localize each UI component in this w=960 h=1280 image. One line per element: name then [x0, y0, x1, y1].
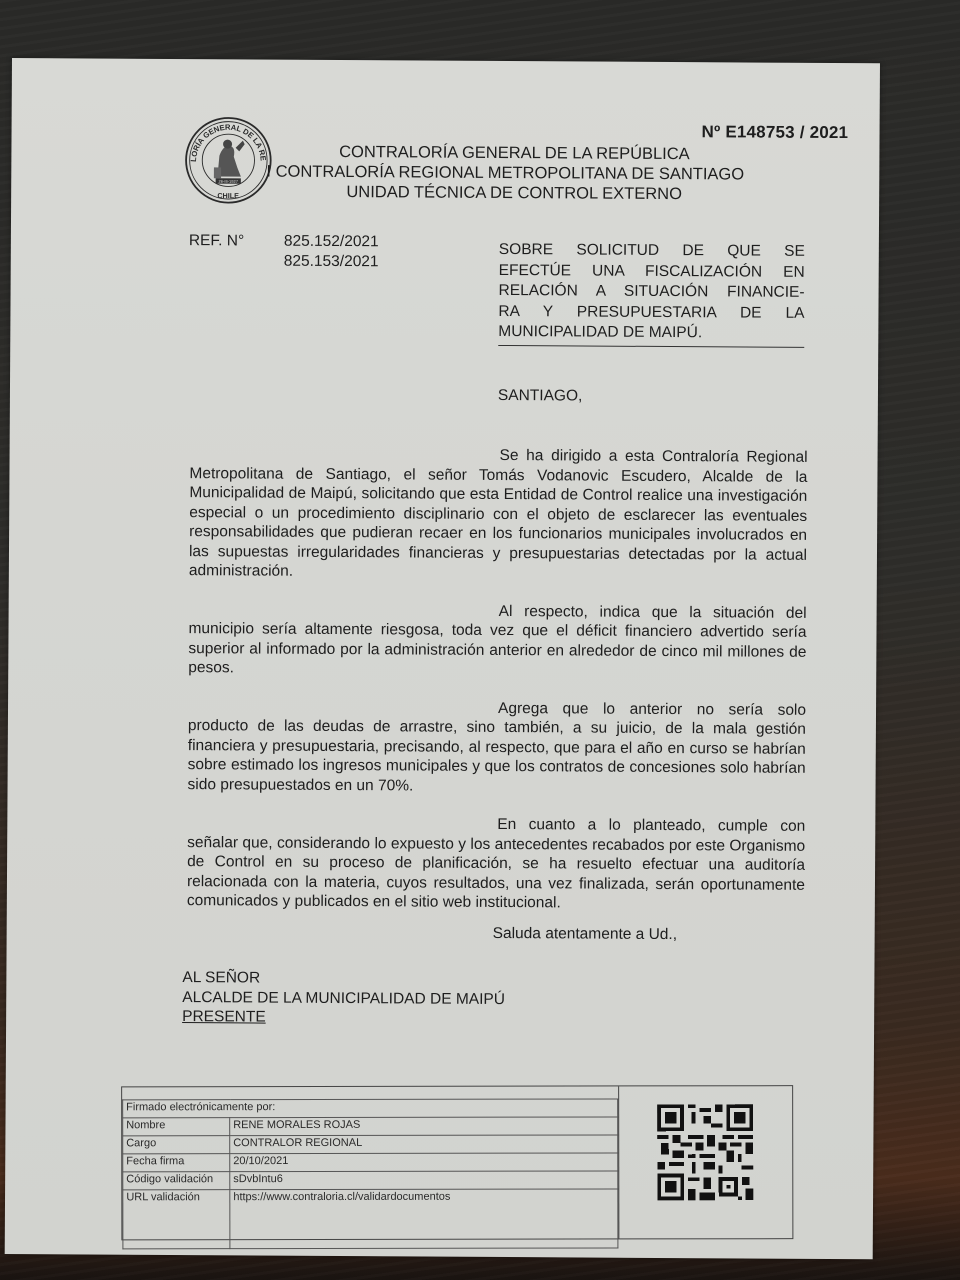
- table-row: Código validaciónsDvbIntu6: [123, 1171, 618, 1190]
- table-row: CargoCONTRALOR REGIONAL: [123, 1135, 618, 1154]
- paragraph: Al respecto, indica que la situación del…: [188, 600, 806, 682]
- reference-label: REF. N°: [189, 231, 244, 251]
- signature-label: Nombre: [123, 1118, 230, 1136]
- validation-url[interactable]: https://www.contraloria.cl/validardocume…: [230, 1189, 618, 1249]
- subject-line: MUNICIPALIDAD DE MAIPÚ.: [498, 322, 804, 347]
- qr-code-icon[interactable]: [657, 1104, 753, 1200]
- reference-number: 825.153/2021: [284, 252, 379, 273]
- document-page: Nº E148753 / 2021 CONTRALORÍA GENERAL DE…: [5, 58, 880, 1259]
- signature-divider: [618, 1086, 619, 1238]
- signature-label: Cargo: [123, 1136, 230, 1154]
- subject-line: SOBRE SOLICITUD DE QUE SE: [499, 240, 805, 262]
- seal-date: 26-III-1927: [218, 179, 238, 184]
- header-line-2: I CONTRALORÍA REGIONAL METROPOLITANA DE …: [261, 162, 749, 185]
- signature-label: Código validación: [123, 1172, 230, 1190]
- signature-value: CONTRALOR REGIONAL: [230, 1135, 618, 1154]
- addressee-line-1: AL SEÑOR: [182, 968, 505, 989]
- signature-label: Fecha firma: [123, 1154, 230, 1172]
- contraloria-seal-icon: CONTRALORÍA GENERAL DE LA REPÚBLICA CHIL…: [183, 115, 274, 206]
- signature-label: URL validación: [123, 1190, 230, 1249]
- addressee-line-2: ALCALDE DE LA MUNICIPALIDAD DE MAIPÚ: [182, 988, 505, 1009]
- city-line: SANTIAGO,: [498, 387, 583, 406]
- signature-title: Firmado electrónicamente por:: [123, 1099, 618, 1118]
- closing-salutation: Saluda atentamente a Ud.,: [493, 925, 678, 944]
- subject-line: RELACIÓN A SITUACIÓN FINANCIE-: [499, 281, 805, 303]
- subject-line: EFECTÚE UNA FISCALIZACIÓN EN: [499, 260, 805, 282]
- letter-body: Se ha dirigido a esta Contraloría Region…: [187, 444, 808, 933]
- subject-block: SOBRE SOLICITUD DE QUE SE EFECTÚE UNA FI…: [498, 240, 805, 347]
- subject-line: RA Y PRESUPUESTARIA DE LA: [498, 301, 804, 323]
- addressee-line-3: PRESENTE: [182, 1007, 505, 1028]
- table-row: URL validaciónhttps://www.contraloria.cl…: [123, 1189, 618, 1249]
- header-line-1: CONTRALORÍA GENERAL DE LA REPÚBLICA: [279, 142, 749, 165]
- signature-value: sDvbIntu6: [230, 1171, 618, 1190]
- header-line-3: UNIDAD TÉCNICA DE CONTROL EXTERNO: [279, 182, 749, 205]
- paragraph: En cuanto a lo planteado, cumple con señ…: [187, 813, 806, 914]
- document-number: Nº E148753 / 2021: [701, 122, 848, 143]
- seal-country: CHILE: [217, 191, 239, 200]
- signature-value: 20/10/2021: [230, 1153, 618, 1172]
- table-row: Fecha firma20/10/2021: [123, 1153, 618, 1172]
- signature-table: Firmado electrónicamente por: NombreRENE…: [122, 1098, 618, 1249]
- signature-value: RENE MORALES ROJAS: [230, 1117, 618, 1136]
- table-row: NombreRENE MORALES ROJAS: [123, 1117, 618, 1136]
- reference-number: 825.152/2021: [284, 232, 379, 253]
- paragraph: Se ha dirigido a esta Contraloría Region…: [189, 444, 808, 584]
- addressee-block: AL SEÑOR ALCALDE DE LA MUNICIPALIDAD DE …: [182, 968, 505, 1028]
- institution-header: CONTRALORÍA GENERAL DE LA REPÚBLICA I CO…: [279, 142, 749, 205]
- paragraph: Agrega que lo anterior no sería solo pro…: [188, 697, 807, 798]
- electronic-signature-box: Firmado electrónicamente por: NombreRENE…: [121, 1085, 793, 1240]
